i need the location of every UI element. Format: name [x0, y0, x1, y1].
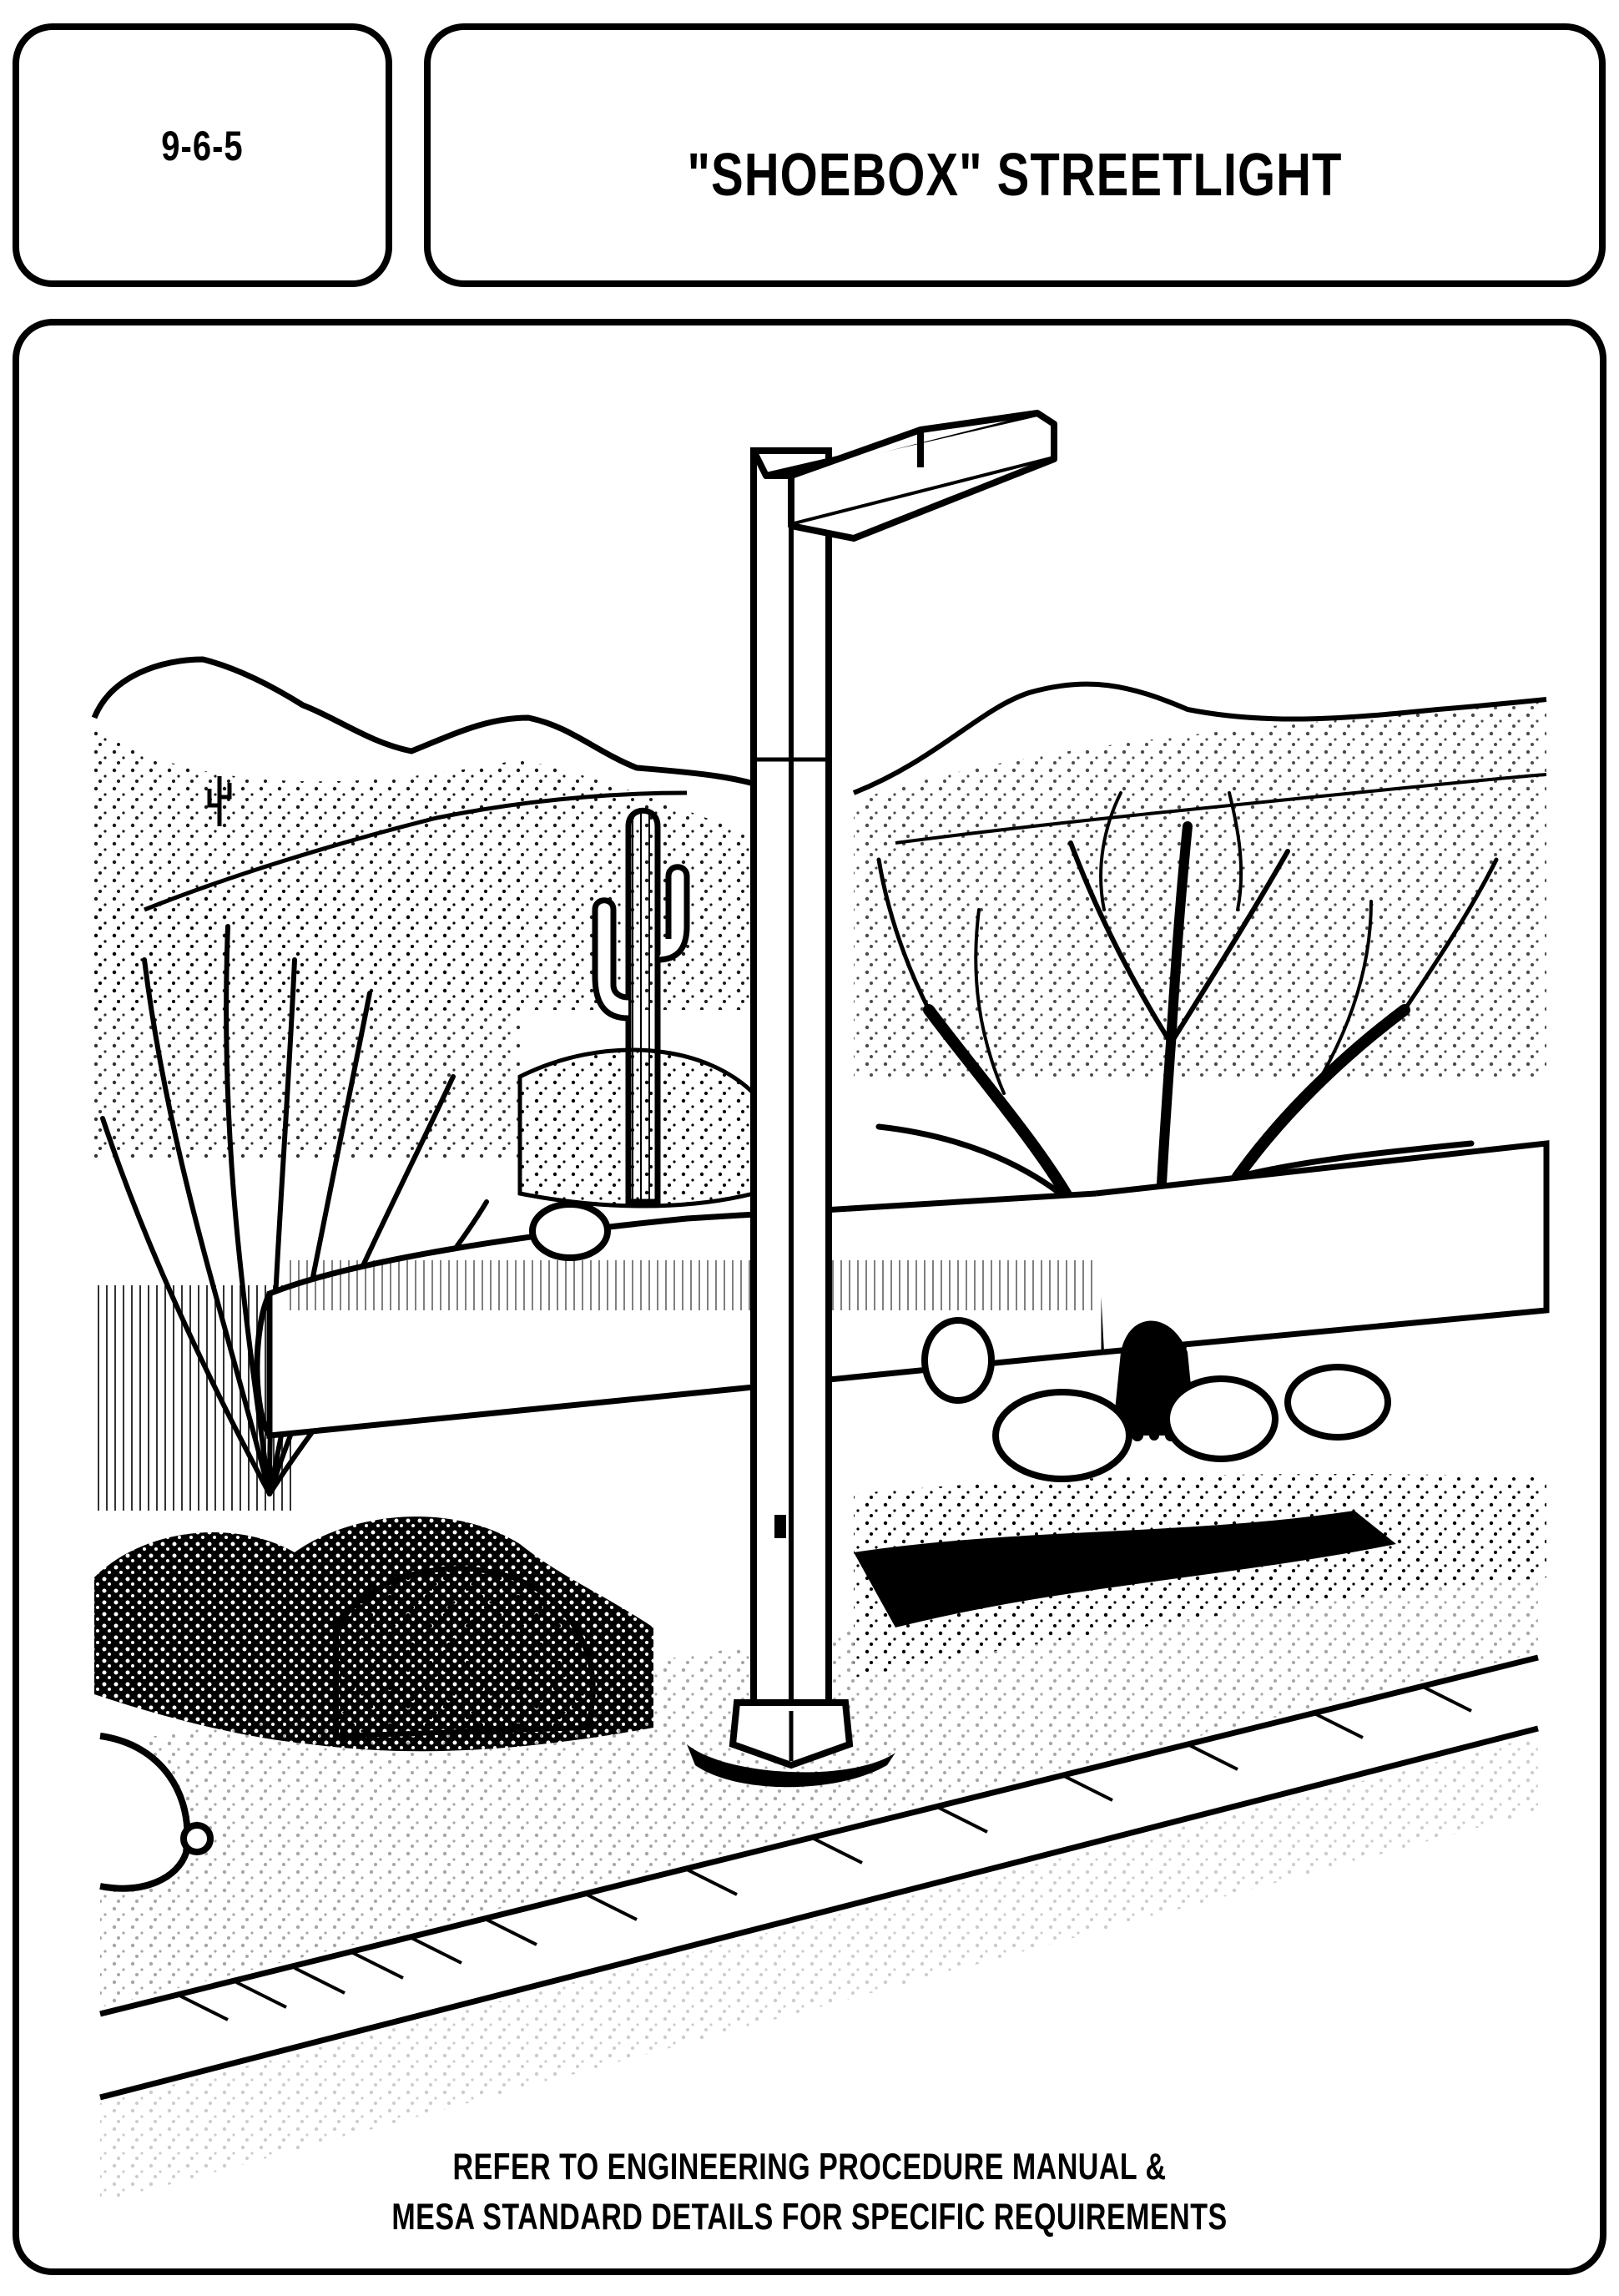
- section-code-box: 9-6-5: [13, 23, 392, 287]
- illustration-frame: REFER TO ENGINEERING PROCEDURE MANUAL & …: [13, 319, 1606, 2275]
- streetlight-illustration: [19, 325, 1613, 2282]
- footer-note-line-2: MESA STANDARD DETAILS FOR SPECIFIC REQUI…: [19, 2197, 1600, 2239]
- shoebox-luminaire: [754, 413, 1054, 538]
- mid-shrubs: [520, 1050, 754, 1206]
- hillside-texture: [854, 701, 1546, 1077]
- left-hillside: [94, 860, 520, 1160]
- footer-note-line-1: REFER TO ENGINEERING PROCEDURE MANUAL &: [19, 2147, 1600, 2189]
- title-box: "SHOEBOX" STREETLIGHT: [424, 23, 1606, 287]
- page-title: "SHOEBOX" STREETLIGHT: [431, 140, 1599, 210]
- wall-texture: [286, 1260, 1096, 1310]
- ocotillo-base: [94, 1285, 295, 1511]
- section-code: 9-6-5: [19, 124, 386, 170]
